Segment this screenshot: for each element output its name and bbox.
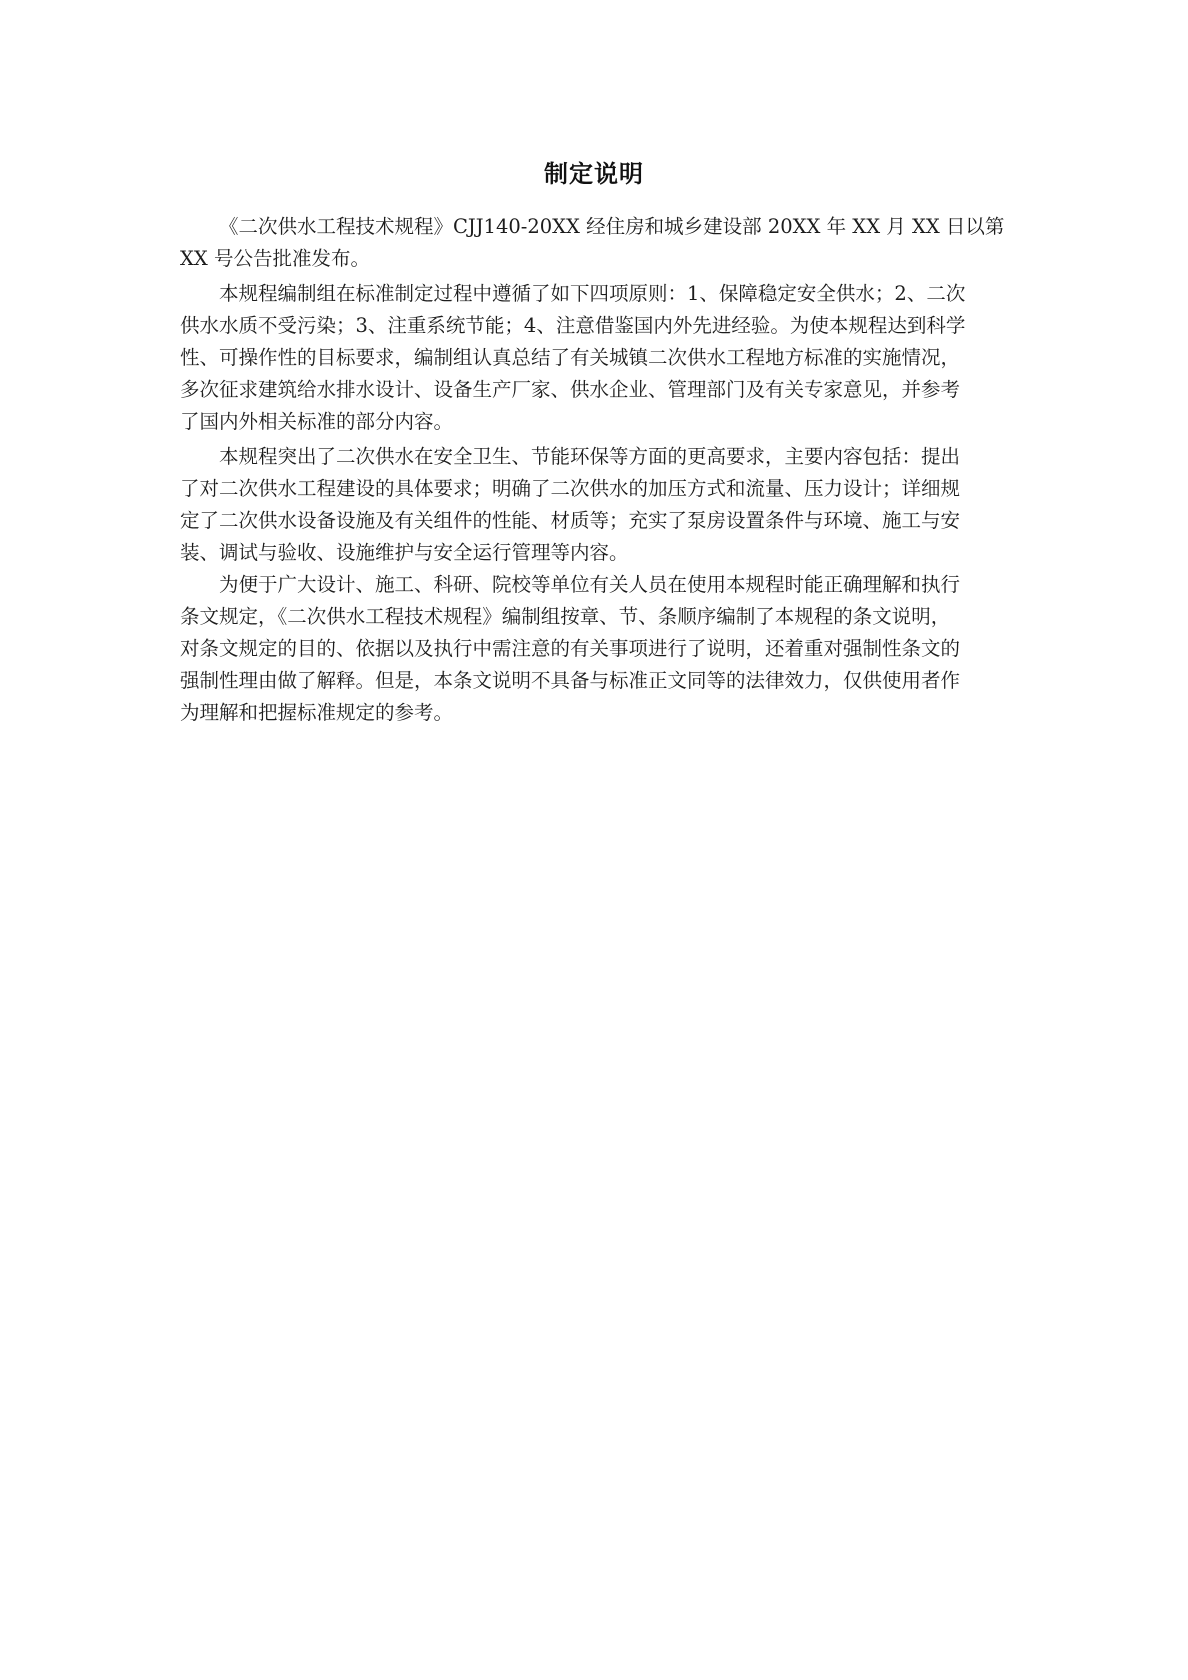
paragraph-line: XX 号公告批准发布。 bbox=[180, 243, 1010, 275]
paragraph-line: 了国内外相关标准的部分内容。 bbox=[180, 406, 1010, 438]
paragraph-line: 《二次供水工程技术规程》CJJ140-20XX 经住房和城乡建设部 20XX 年… bbox=[180, 211, 1010, 243]
paragraph-line: 了对二次供水工程建设的具体要求；明确了二次供水的加压方式和流量、压力设计；详细规 bbox=[180, 473, 1010, 505]
paragraph-line: 条文规定，《二次供水工程技术规程》编制组按章、节、条顺序编制了本规程的条文说明， bbox=[180, 601, 1010, 633]
paragraph-3: 本规程突出了二次供水在安全卫生、节能环保等方面的更高要求，主要内容包括：提出 了… bbox=[180, 441, 1010, 569]
paragraph-line: 对条文规定的目的、依据以及执行中需注意的有关事项进行了说明，还着重对强制性条文的 bbox=[180, 633, 1010, 665]
page-title: 制定说明 bbox=[0, 158, 1188, 190]
paragraph-4: 为便于广大设计、施工、科研、院校等单位有关人员在使用本规程时能正确理解和执行 条… bbox=[180, 569, 1010, 729]
document-body: 《二次供水工程技术规程》CJJ140-20XX 经住房和城乡建设部 20XX 年… bbox=[180, 211, 1010, 729]
paragraph-line: 装、调试与验收、设施维护与安全运行管理等内容。 bbox=[180, 537, 1010, 569]
paragraph-line: 为便于广大设计、施工、科研、院校等单位有关人员在使用本规程时能正确理解和执行 bbox=[180, 569, 1010, 601]
paragraph-1: 《二次供水工程技术规程》CJJ140-20XX 经住房和城乡建设部 20XX 年… bbox=[180, 211, 1010, 275]
paragraph-line: 强制性理由做了解释。但是，本条文说明不具备与标准正文同等的法律效力，仅供使用者作 bbox=[180, 665, 1010, 697]
paragraph-2: 本规程编制组在标准制定过程中遵循了如下四项原则：1、保障稳定安全供水；2、二次 … bbox=[180, 278, 1010, 438]
paragraph-line: 定了二次供水设备设施及有关组件的性能、材质等；充实了泵房设置条件与环境、施工与安 bbox=[180, 505, 1010, 537]
paragraph-line: 为理解和把握标准规定的参考。 bbox=[180, 697, 1010, 729]
document-page: 制定说明 《二次供水工程技术规程》CJJ140-20XX 经住房和城乡建设部 2… bbox=[0, 0, 1188, 1680]
paragraph-line: 多次征求建筑给水排水设计、设备生产厂家、供水企业、管理部门及有关专家意见，并参考 bbox=[180, 374, 1010, 406]
paragraph-line: 本规程突出了二次供水在安全卫生、节能环保等方面的更高要求，主要内容包括：提出 bbox=[180, 441, 1010, 473]
paragraph-line: 本规程编制组在标准制定过程中遵循了如下四项原则：1、保障稳定安全供水；2、二次 bbox=[180, 278, 1010, 310]
paragraph-line: 性、可操作性的目标要求，编制组认真总结了有关城镇二次供水工程地方标准的实施情况， bbox=[180, 342, 1010, 374]
paragraph-line: 供水水质不受污染；3、注重系统节能；4、注意借鉴国内外先进经验。为使本规程达到科… bbox=[180, 310, 1010, 342]
